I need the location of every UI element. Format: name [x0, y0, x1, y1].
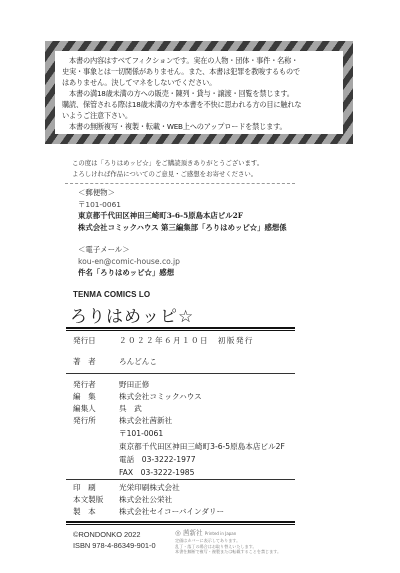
isbn: ISBN 978-4-86349-901-0 — [73, 540, 156, 551]
warning-line: いようご注意下さい。 — [62, 110, 338, 121]
note-line: 本書を無断で複写・複製または転載することを禁じます。 — [175, 549, 281, 555]
email-address: kou-en@comic-house.co.jp — [78, 256, 287, 268]
staff-label: 編 集 — [73, 391, 113, 402]
thanks-line-2: よろしければ作品についてのご意見・ご感想をお寄せください。 — [72, 169, 263, 180]
thanks-message: この度は「ろりはめッピ☆」をご購読頂きありがとうございます。 よろしければ作品に… — [72, 158, 263, 180]
production-value: 光栄印刷株式会社 — [119, 482, 180, 493]
publisher-address: 東京都千代田区神田三崎町3-6-5原島本店ビル2F — [119, 441, 285, 452]
content-warning-text: 本書の内容はすべてフィクションです。実在の人物・団体・事件・名称・ 史実・事象と… — [55, 51, 343, 134]
series-name: TENMA COMICS LO — [73, 290, 150, 299]
publish-date-value: ２０２２年６月１０日 初版発行 — [119, 335, 254, 346]
warning-line: 本書の満18歳未満の方への販売・陳列・貸与・譲渡・回覧を禁じます。 — [62, 88, 338, 99]
warning-line: はありません。決してマネをしないでください。 — [62, 77, 338, 88]
mail-address: 東京都千代田区神田三崎町3-6-5原島本店ビル2F — [78, 210, 287, 222]
author-value: ろんどんこ — [119, 356, 157, 367]
warning-line: 本書の無断複写・複製・転載・WEB上へのアップロードを禁じます。 — [62, 121, 338, 132]
spacer — [78, 233, 287, 244]
email-subject: 件名「ろりはめッピ☆」感想 — [78, 267, 287, 279]
staff-label: 発行所 — [73, 415, 113, 426]
production-value: 株式会社公栄社 — [119, 494, 172, 505]
publisher-postal-code: 〒101-0061 — [119, 428, 163, 439]
publisher-logo-icon: ◎ 茜新社 — [175, 529, 203, 537]
production-label: 製 本 — [73, 506, 113, 517]
warning-line: 購読、保管される際は18歳未満の方や本書を不快に思われる方の目に触れな — [62, 99, 338, 110]
warning-line: 本書の内容はすべてフィクションです。実在の人物・団体・事件・名称・ — [62, 55, 338, 66]
staff-label: 編集人 — [73, 403, 113, 414]
publisher-fax: FAX 03-3222-1985 — [119, 467, 194, 478]
staff-value: 株式会社茜新社 — [119, 415, 172, 426]
publish-date-label: 発行日 — [73, 335, 113, 346]
double-rule — [66, 327, 295, 332]
post-heading: ＜郵便物＞ — [78, 187, 287, 199]
thin-rule — [66, 373, 295, 374]
copyright-block: ©RONDONKO 2022 ISBN 978-4-86349-901-0 — [73, 529, 156, 551]
copyright: ©RONDONKO 2022 — [73, 529, 156, 540]
email-heading: ＜電子メール＞ — [78, 244, 287, 256]
feedback-address-block: ＜郵便物＞ 〒101-0061 東京都千代田区神田三崎町3-6-5原島本店ビル2… — [78, 187, 287, 279]
production-label: 本文製版 — [73, 494, 113, 505]
postal-code: 〒101-0061 — [78, 199, 287, 211]
dotted-divider — [65, 183, 295, 184]
publisher-phone: 電話 03-3222-1977 — [119, 454, 196, 465]
thanks-line-1: この度は「ろりはめッピ☆」をご購読頂きありがとうございます。 — [72, 158, 263, 169]
mail-recipient: 株式会社コミックハウス 第三編集部「ろりはめッピ☆」感想係 — [78, 222, 287, 234]
printed-in: Printed in Japan — [205, 531, 237, 536]
double-rule — [66, 521, 295, 526]
staff-value: 野田正修 — [119, 379, 149, 390]
publisher-notes: ◎ 茜新社 Printed in Japan 定価はカバーに表示してあります。 … — [175, 529, 281, 555]
thin-rule — [66, 479, 295, 480]
content-warning-box: 本書の内容はすべてフィクションです。実在の人物・団体・事件・名称・ 史実・事象と… — [45, 41, 353, 144]
author-label: 著 者 — [73, 356, 113, 367]
warning-line: 史実・事象とは一切関係がありません。また、本書は犯罪を教唆するもので — [62, 66, 338, 77]
book-title: ろりはめッピ☆ — [70, 302, 194, 327]
staff-value: 株式会社コミックハウス — [119, 391, 202, 402]
production-label: 印 刷 — [73, 482, 113, 493]
production-value: 株式会社セイコーバインダリー — [119, 506, 224, 517]
staff-value: 呉 武 — [119, 403, 142, 414]
publisher-mark-line: ◎ 茜新社 Printed in Japan — [175, 529, 281, 538]
staff-label: 発行者 — [73, 379, 113, 390]
